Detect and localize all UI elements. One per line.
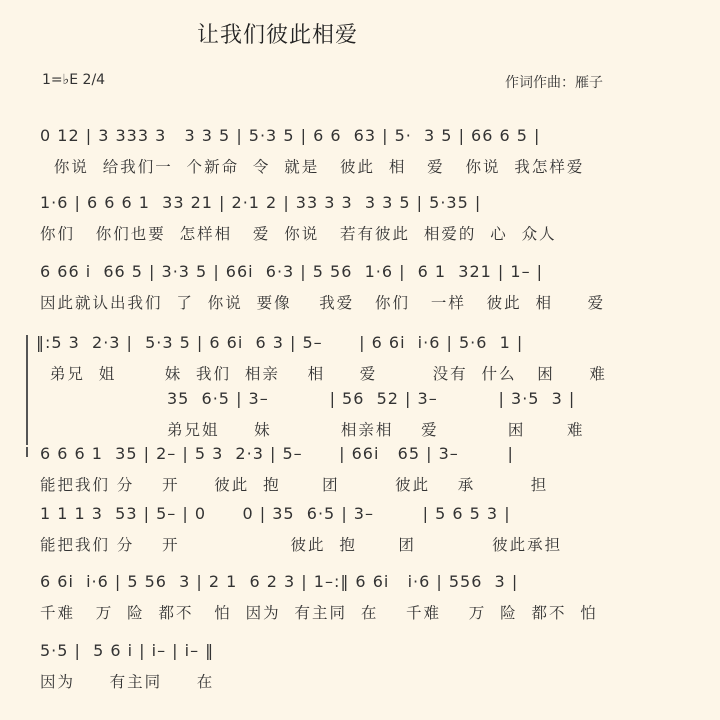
notes: ‖:5 3 2·3 | 5·3 5 | 6 6i 6 3 | 5– | 6 6i… [36, 333, 523, 352]
key-signature: 1=♭E 2/4 [42, 72, 105, 88]
notes: 6 6 6 1 35 | 2– | 5 3 2·3 | 5– | 66i 65 … [40, 444, 514, 463]
notes: 35 6·5 | 3– | 56 52 | 3– | 3·5 3 | [167, 389, 575, 408]
lyrics: 弟兄 姐 妹 我们 相亲 相 爱 没有 什么 困 难 [36, 362, 607, 384]
lyrics: 你们 你们也要 怎样相 爱 你说 若有彼此 相爱的 心 众人 [40, 222, 557, 244]
lyrics: 能把我们 分 开 彼此 抱 团 彼此 承 担 [40, 473, 548, 495]
lyrics: 能把我们 分 开 彼此 抱 团 彼此承担 [40, 533, 562, 555]
chorus-bracket-tail [26, 447, 28, 457]
notes: 6 6i i·6 | 5 56 3 | 2 1 6 2 3 | 1–:‖ 6 6… [40, 572, 518, 591]
notes: 1 1 1 3 53 | 5– | 0 0 | 35 6·5 | 3– | 5 … [40, 504, 511, 523]
notes: 5·5 | 5 6 i | i– | i– ‖ [40, 641, 214, 660]
chorus-bracket [26, 335, 28, 445]
lyrics: 弟兄姐 妹 相亲相 爱 困 难 [167, 418, 584, 440]
lyrics: 因此就认出我们 了 你说 要像 我爱 你们 一样 彼此 相 爱 [40, 291, 605, 313]
notes: 0 12 | 3 333 3 3 3 5 | 5·3 5 | 6 6 63 | … [40, 126, 540, 145]
lyrics: 千难 万 险 都不 怕 因为 有主同 在 千难 万 险 都不 怕 [40, 601, 598, 623]
notes: 1·6 | 6 6 6 1 33 21 | 2·1 2 | 33 3 3 3 3… [40, 193, 481, 212]
lyrics: 因为 有主同 在 [40, 670, 214, 692]
song-title: 让我们彼此相爱 [197, 18, 358, 49]
lyrics: 你说 给我们一 个新命 令 就是 彼此 相 爱 你说 我怎样爱 [40, 155, 584, 177]
notes: 6 66 i 66 5 | 3·3 5 | 66i 6·3 | 5 56 1·6… [40, 262, 543, 281]
credit: 作词作曲：雁子 [505, 72, 603, 92]
